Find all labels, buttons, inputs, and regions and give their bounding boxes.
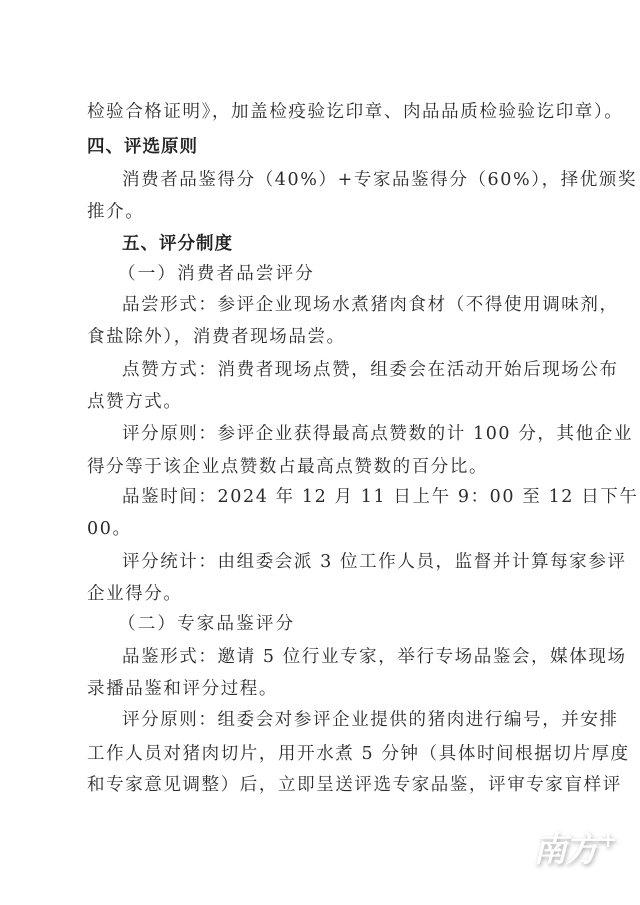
paragraph-line: 消费者品鉴得分（40%）+专家品鉴得分（60%），择优颁奖: [122, 169, 559, 191]
paragraph-line: 食盐除外），消费者现场品尝。: [87, 326, 559, 348]
paragraph-line: 评分原则：组委会对参评企业提供的猪肉进行编号，并安排: [122, 709, 559, 731]
nanfang-plus-watermark-logo: 南方+: [533, 822, 615, 871]
paragraph-line: 推介。: [87, 201, 559, 223]
paragraph-line-continuation: 检验合格证明》，加盖检疫验讫印章、肉品品质检验验讫印章）。: [87, 101, 559, 123]
paragraph-line: 和专家意见调整）后，立即呈送评选专家品鉴，评审专家盲样评: [87, 774, 559, 796]
paragraph-line: 品鉴时间：2024 年 12 月 11 日上午 9：00 至 12 日下午 17…: [122, 486, 559, 508]
paragraph-line: 工作人员对猪肉切片，用开水煮 5 分钟（具体时间根据切片厚度: [87, 743, 559, 765]
section-heading-4-selection-principles: 四、评选原则: [87, 136, 559, 158]
paragraph-line: 评分原则：参评企业获得最高点赞数的计 100 分，其他企业: [122, 423, 559, 445]
watermark-plus-icon: +: [599, 827, 615, 853]
paragraph-line: 00。: [87, 518, 559, 540]
document-page: 检验合格证明》，加盖检疫验讫印章、肉品品质检验验讫印章）。 四、评选原则 消费者…: [0, 0, 640, 905]
paragraph-line: 录播品鉴和评分过程。: [87, 678, 559, 700]
paragraph-line: 品尝形式：参评企业现场水煮猪肉食材（不得使用调味剂，: [122, 294, 559, 316]
section-heading-5-scoring-system: 五、评分制度: [122, 233, 559, 255]
paragraph-line: 得分等于该企业点赞数占最高点赞数的百分比。: [87, 456, 559, 478]
subsection-heading-expert-tasting: （二）专家品鉴评分: [118, 613, 590, 635]
paragraph-line: 评分统计：由组委会派 3 位工作人员，监督并计算每家参评: [122, 551, 559, 573]
paragraph-line: 点赞方式：消费者现场点赞，组委会在活动开始后现场公布: [122, 359, 559, 381]
paragraph-line: 点赞方式。: [87, 391, 559, 413]
paragraph-line: 企业得分。: [87, 583, 559, 605]
watermark-text: 南方: [533, 830, 597, 870]
paragraph-line: 品鉴形式：邀请 5 位行业专家，举行专场品鉴会，媒体现场: [122, 646, 559, 668]
subsection-heading-consumer-tasting: （一）消费者品尝评分: [118, 263, 590, 285]
